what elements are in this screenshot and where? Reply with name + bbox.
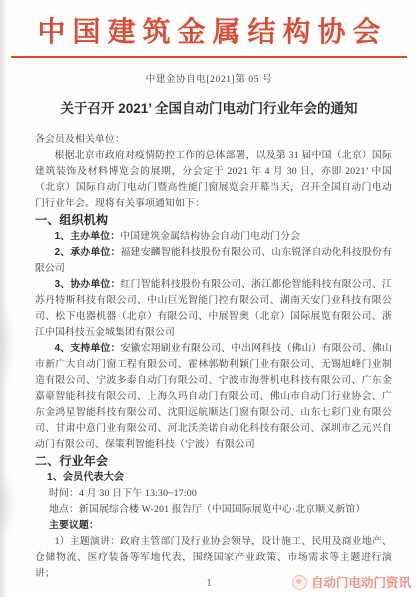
- scanned-notice-page: 中国建筑金属结构协会 中建金协自电[2021]第 05 号 关于召开 2021’…: [0, 0, 418, 597]
- watermark-text: 自动门电动门资讯: [311, 573, 411, 591]
- meeting-time-line: 时间：4 月 30 日下午 13:30~17:00: [35, 486, 392, 502]
- document-reference-number: 中建金协自电[2021]第 05 号: [0, 71, 418, 85]
- org-item-host: 1、主办单位：中国建筑金属结构协会自动门电动门分会: [35, 229, 392, 245]
- association-letterhead-title: 中国建筑金属结构协会: [10, 16, 408, 50]
- org-item-supporter-text: 安徽宏翔刷业有限公司、中出网科技（佛山）有限公司、佛山市新广大自动门窗工程有限公…: [35, 343, 392, 450]
- scan-edge-shadow: [0, 0, 7, 597]
- org-item-organizer: 2、承办单位：福建安麟智能科技股份有限公司、山东锐泽自动化科技股份有限公司: [35, 245, 392, 277]
- scan-smudge: [0, 300, 16, 390]
- intro-paragraph: 根据北京市政府对疫情防控工作的总体部署，以及第 31 届中国（北京）国际建筑装饰…: [35, 148, 392, 212]
- watermark-logo-core: [295, 578, 301, 584]
- org-item-host-label: 1、主办单位：: [55, 231, 121, 242]
- watermark-logo-icon: [292, 575, 307, 590]
- section-heading-organization: 一、组织机构: [35, 212, 392, 229]
- org-item-supporter-label: 4、支持单位：: [55, 343, 121, 354]
- letterhead-divider-rule: [11, 56, 407, 58]
- topics-label: 主要议题：: [35, 518, 392, 534]
- notice-title: 关于召开 2021’ 全国自动门电动门行业年会的通知: [0, 97, 418, 117]
- salutation-line: 各会员及相关单位：: [35, 132, 392, 148]
- org-item-organizer-label: 2、承办单位：: [55, 247, 121, 258]
- org-item-coorganizer: 3、协办单位：红门智能科技股份有限公司、浙江都伦智能科技有限公司、江苏丹特斯科技…: [35, 277, 392, 341]
- org-item-coorganizer-label: 3、协办单位：: [55, 279, 121, 290]
- org-item-supporter: 4、支持单位：安徽宏翔刷业有限公司、中出网科技（佛山）有限公司、佛山市新广大自动…: [35, 341, 392, 453]
- meeting-venue-line: 地点：新国展综合楼 W-201 报告厅（中国国际展览中心·北京顺义新馆）: [35, 502, 392, 518]
- section-heading-annual-meeting: 二、行业年会: [35, 453, 392, 470]
- scan-smudge: [0, 470, 18, 540]
- watermark-badge: 自动门电动门资讯: [292, 573, 411, 591]
- org-item-host-text: 中国建筑金属结构协会自动门电动门分会: [120, 231, 300, 242]
- member-congress-subheading: 1、会员代表大会: [35, 470, 392, 486]
- notice-body: 各会员及相关单位： 根据北京市政府对疫情防控工作的总体部署，以及第 31 届中国…: [35, 132, 392, 582]
